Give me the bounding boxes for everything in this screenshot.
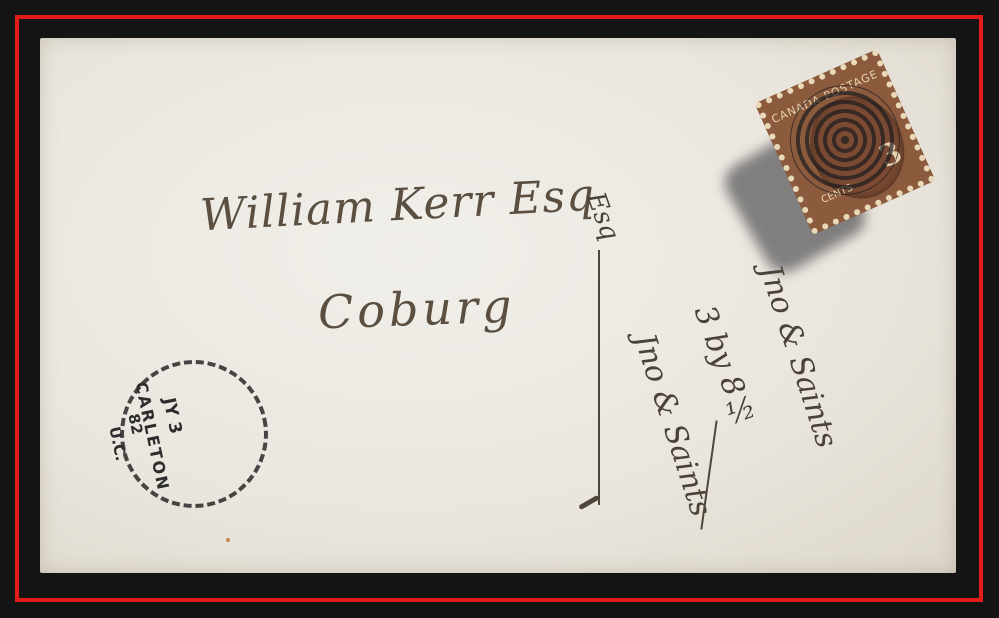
foxing-spot (226, 538, 230, 542)
address-city: Coburg (317, 279, 516, 340)
docket-vertical-line (598, 250, 600, 505)
target-cancel-mark (790, 85, 900, 195)
